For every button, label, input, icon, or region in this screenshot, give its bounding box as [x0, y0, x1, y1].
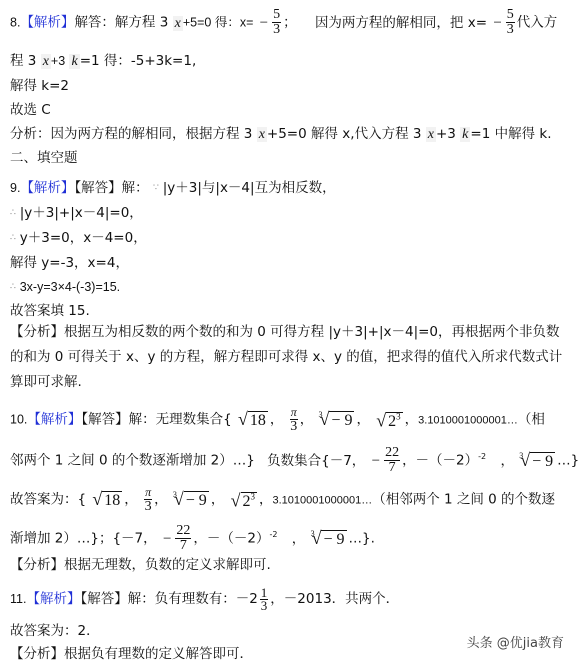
- exponent: -2: [478, 452, 486, 461]
- numerator: π: [290, 405, 298, 420]
- text: ，: [292, 531, 306, 547]
- q9-analysis-3: 算即可求解.: [10, 372, 82, 392]
- fraction-pi: π3: [144, 485, 152, 514]
- text: +5=0 得：x=: [183, 16, 254, 30]
- decimal-number: 3.1010001000001…: [273, 495, 373, 507]
- q9-line-6: 故答案填 15.: [10, 301, 90, 321]
- text: +5=0 解得 x,代入方程 3: [267, 126, 422, 142]
- exponent: -2: [270, 530, 278, 539]
- fraction: 227: [175, 524, 191, 553]
- question-number: 9.: [10, 181, 20, 195]
- q8-line-3: 解得 k=2: [10, 76, 69, 96]
- analysis-tag: 【解析】: [20, 180, 74, 196]
- q11-line-1: 11.【解析】【解答】解：负有理数有：－213，－2013．共两个．: [10, 586, 399, 612]
- square-root: √18: [92, 486, 122, 514]
- radicand: 18: [248, 411, 268, 429]
- text: +3: [51, 54, 65, 68]
- q10-answer-line-1: 故答案为：{ √18， π3， 3√− 9， √23，3.10100010000…: [10, 484, 555, 510]
- text: |y＋3|+|x－4|=0，: [20, 205, 143, 221]
- text: 解答：解方程 3: [74, 15, 168, 31]
- q9-analysis-2: 的和为 0 可得关于 x、y 的方程，解方程即可求得 x、y 的值，把求得的值代…: [10, 347, 562, 367]
- denominator: 3: [506, 23, 515, 37]
- numerator: π: [144, 485, 152, 500]
- text: 负数集合{－7，: [267, 453, 365, 469]
- analysis-tag: 【解析】: [26, 591, 80, 607]
- text: ，－（－2）: [402, 453, 478, 469]
- text: ，: [500, 453, 514, 469]
- text: 邻两个 1 之间 0 的个数逐渐增加 2）…}: [10, 453, 255, 469]
- denominator: 7: [175, 539, 191, 553]
- text: 故答案为：{: [10, 492, 86, 508]
- text: （相邻两个 1 之间 0 的个数逐: [372, 492, 555, 508]
- q8-line-4: 故选 C: [10, 100, 51, 120]
- q11-analysis: 【分析】根据负有理数的定义解答即可．: [10, 644, 253, 664]
- text: …}.: [557, 453, 578, 469]
- analysis-tag: 【解析】: [27, 412, 81, 428]
- denominator: 3: [272, 23, 281, 37]
- q8-line-2: 程 3 x+3 k=1 得：-5+3k=1,: [10, 51, 196, 71]
- text: =1 得：-5+3k=1,: [80, 53, 197, 69]
- cube-root: 3√− 9: [520, 445, 555, 477]
- text: +3: [436, 126, 456, 142]
- q9-line-1: 9.【解析】【解答】解： ∵|y＋3|与|x－4|互为相反数，: [10, 178, 336, 198]
- root-index: 3: [173, 482, 177, 508]
- text: …}.: [349, 531, 375, 547]
- radicand: − 9: [329, 411, 354, 429]
- base: 2: [243, 493, 251, 510]
- q8-line-1: 8.【解析】解答：解方程 3 x+5=0 得：x= −53； 因为两方程的解相同…: [10, 8, 557, 28]
- numerator: 22: [175, 524, 191, 539]
- exponent: 3: [251, 492, 256, 502]
- text: =1 中解得 k.: [470, 126, 551, 142]
- variable-x: x: [173, 16, 183, 31]
- text: （相: [518, 412, 545, 428]
- q10-line-1: 10.【解析】【解答】解：无理数集合{ √18， π3， 3√− 9， √23，…: [10, 404, 545, 430]
- q10-answer-line-2: 渐增加 2）…}；{－7， −227，－（－2）-2 ， 3√− 9…}.: [10, 520, 375, 550]
- text: ，－2013．共两个．: [270, 591, 399, 607]
- q9-line-5: ∴3x-y=3×4-(-3)=15.: [10, 277, 120, 297]
- minus-sign: −: [260, 15, 268, 31]
- q9-line-4: 解得 y=-3，x=4，: [10, 253, 129, 273]
- section-heading: 二、填空题: [10, 148, 78, 168]
- therefore-symbol: ∴: [10, 208, 16, 218]
- because-symbol: ∵: [153, 183, 159, 193]
- exponent: 3: [396, 412, 401, 422]
- numerator: 22: [384, 446, 400, 461]
- variable-k: k: [460, 127, 470, 142]
- therefore-symbol: ∴: [10, 233, 16, 243]
- root-index: 3: [319, 402, 323, 428]
- fraction: 53: [506, 8, 515, 37]
- text: 【解答】解：负有理数有：－2: [80, 591, 257, 607]
- text: 渐增加 2）…}；{－7，: [10, 531, 157, 547]
- cube-root: 3√− 9: [174, 486, 209, 514]
- variable-x: x: [257, 127, 267, 142]
- analysis-tag: 【解析】: [20, 15, 74, 31]
- text: y＋3=0，x－4=0，: [20, 230, 147, 246]
- square-root: √23: [231, 484, 257, 515]
- base: 2: [388, 413, 396, 430]
- text: ；: [283, 15, 297, 31]
- question-number: 10.: [10, 413, 27, 427]
- question-number: 8.: [10, 16, 20, 30]
- denominator: 3: [290, 420, 298, 434]
- denominator: 3: [144, 500, 152, 514]
- cube-root: 3√− 9: [312, 523, 347, 555]
- text: 分析：因为两方程的解相同，根据方程 3: [10, 126, 252, 142]
- variable-k: k: [69, 54, 79, 69]
- text: 3x-y=3×4-(-3)=15.: [20, 280, 120, 294]
- text: 因为两方程的解相同，把 x=: [315, 15, 487, 31]
- radicand: − 9: [530, 452, 555, 470]
- q11-answer: 故答案为：2．: [10, 621, 100, 641]
- text: 【解答】解：: [74, 180, 148, 196]
- fraction-pi: π3: [290, 405, 298, 434]
- text: 程 3: [10, 53, 36, 69]
- variable-x: x: [41, 54, 51, 69]
- radicand: − 9: [184, 491, 209, 509]
- denominator: 3: [260, 600, 269, 612]
- q9-line-3: ∴y＋3=0，x－4=0，: [10, 228, 147, 248]
- q9-line-2: ∴|y＋3|+|x－4|=0，: [10, 203, 143, 223]
- minus-sign: −: [493, 15, 501, 31]
- text: ，－（－2）: [193, 531, 269, 547]
- q9-analysis-1: 【分析】根据互为相反数的两个数的和为 0 可得方程 |y＋3|+|x－4|=0，…: [10, 322, 560, 342]
- therefore-symbol: ∴: [10, 282, 16, 292]
- question-number: 11.: [10, 592, 26, 606]
- variable-x: x: [426, 127, 436, 142]
- square-root: √18: [238, 406, 268, 434]
- numerator: 5: [506, 8, 515, 23]
- fraction: 227: [384, 446, 400, 475]
- decimal-number: 3.1010001000001…: [418, 415, 518, 427]
- q10-analysis: 【分析】根据无理数，负数的定义求解即可.: [10, 555, 271, 575]
- radicand: 18: [102, 491, 122, 509]
- watermark: 头条 @优jia教育: [467, 632, 564, 651]
- q8-analysis: 分析：因为两方程的解相同，根据方程 3 x+5=0 解得 x,代入方程 3 x+…: [10, 124, 551, 144]
- numerator: 5: [272, 8, 281, 23]
- radicand: − 9: [321, 530, 346, 548]
- q10-line-2: 邻两个 1 之间 0 的个数逐渐增加 2）…} 负数集合{－7， −227，－（…: [10, 442, 578, 472]
- square-root: √23: [376, 404, 402, 435]
- fraction: 13: [260, 587, 269, 612]
- text: |y＋3|与|x－4|互为相反数，: [163, 180, 336, 196]
- cube-root: 3√− 9: [320, 406, 355, 434]
- text: 代入方: [517, 15, 558, 31]
- denominator: 7: [384, 461, 400, 475]
- text: 【解答】解：无理数集合{: [81, 412, 231, 428]
- fraction: 53: [272, 8, 281, 37]
